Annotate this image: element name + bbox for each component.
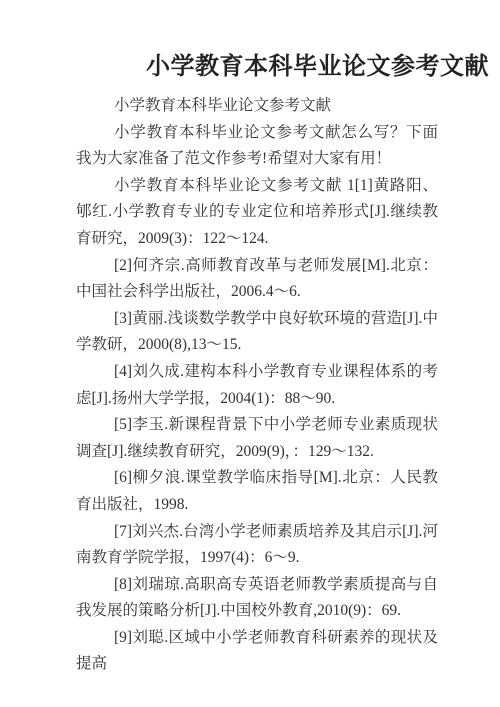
- reference-item-7: [7]刘兴杰.台湾小学老师素质培养及其启示[J].河南教育学院学报，1997(4…: [76, 519, 438, 572]
- reference-item-5: [5]李玉.新课程背景下中小学老师专业素质现状调查[J].继续教育研究，2009…: [76, 412, 438, 465]
- paragraph-intro-2: 小学教育本科毕业论文参考文献怎么写？下面我为大家准备了范文作参考!希望对大家有用…: [76, 120, 438, 173]
- document-title: 小学教育本科毕业论文参考文献: [76, 52, 438, 82]
- reference-item-8: [8]刘瑞琼.高职高专英语老师教学素质提高与自我发展的策略分析[J].中国校外教…: [76, 572, 438, 625]
- reference-item-9: [9]刘聪.区域中小学老师教育科研素养的现状及提高: [76, 625, 438, 678]
- document-page: 小学教育本科毕业论文参考文献 小学教育本科毕业论文参考文献 小学教育本科毕业论文…: [0, 0, 500, 707]
- document-body: 小学教育本科毕业论文参考文献 小学教育本科毕业论文参考文献怎么写？下面我为大家准…: [76, 93, 438, 678]
- reference-item-6: [6]柳夕浪.课堂教学临床指导[M].北京：人民教育出版社，1998.: [76, 465, 438, 518]
- reference-item-2: [2]何齐宗.高师教育改革与老师发展[M].北京：中国社会科学出版社，2006.…: [76, 253, 438, 306]
- reference-item-1: 小学教育本科毕业论文参考文献 1[1]黄路阳、郇红.小学教育专业的专业定位和培养…: [76, 173, 438, 253]
- paragraph-intro-1: 小学教育本科毕业论文参考文献: [76, 93, 438, 120]
- reference-item-3: [3]黄丽.浅谈数学教学中良好软环境的营造[J].中学教研，2000(8),13…: [76, 306, 438, 359]
- reference-item-4: [4]刘久成.建构本科小学教育专业课程体系的考虑[J].扬州大学学报，2004(…: [76, 359, 438, 412]
